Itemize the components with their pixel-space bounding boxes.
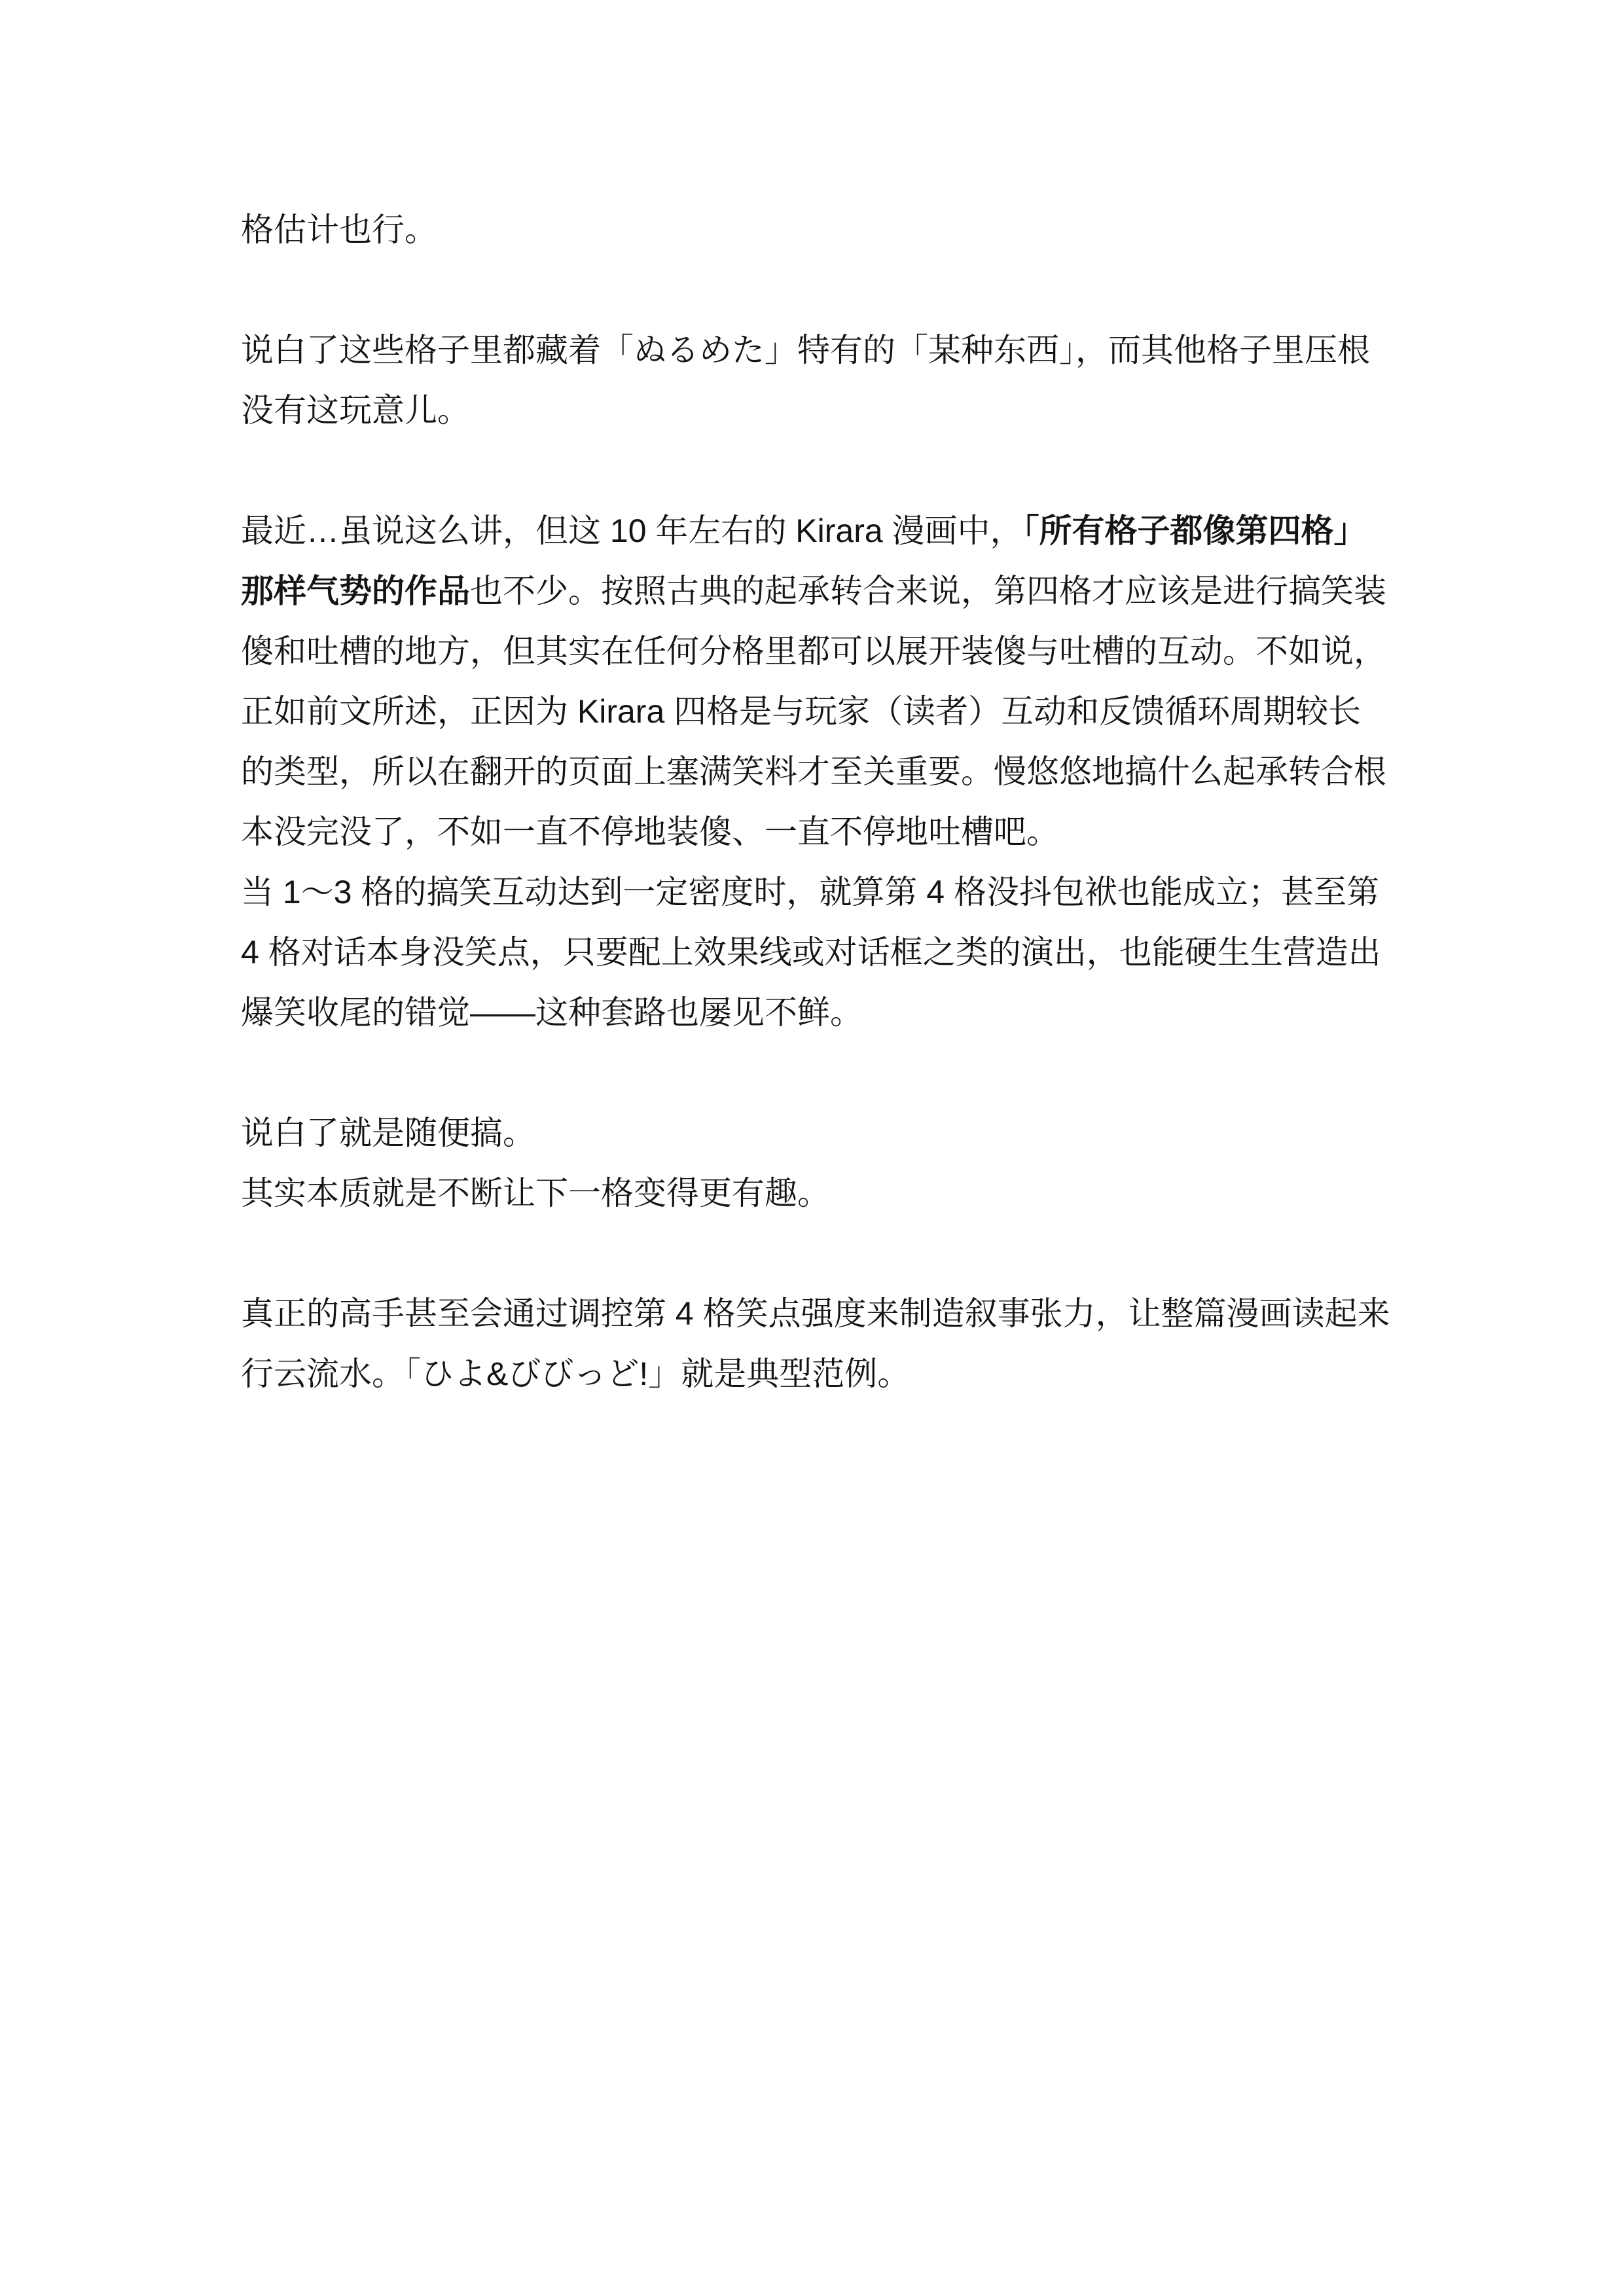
text-run: 说白了就是随便搞。 bbox=[241, 1115, 535, 1151]
text-line: 那样气势的作品也不少。按照古典的起承转合来说，第四格才应该是进行搞笑装 bbox=[241, 561, 1398, 621]
text-line: 说白了就是随便搞。 bbox=[241, 1103, 1398, 1163]
text-line: 正如前文所述，正因为 Kirara 四格是与玩家（读者）互动和反馈循环周期较长 bbox=[241, 681, 1398, 742]
text-run: 的类型，所以在翻开的页面上塞满笑料才至关重要。慢悠悠地搞什么起承转合根 bbox=[241, 753, 1386, 790]
text-line: 真正的高手甚至会通过调控第 4 格笑点强度来制造叙事张力，让整篇漫画读起来 bbox=[241, 1283, 1398, 1344]
text-run-bold: 那样气势的作品 bbox=[241, 573, 470, 609]
blank-line bbox=[241, 1223, 1398, 1283]
text-line: 的类型，所以在翻开的页面上塞满笑料才至关重要。慢悠悠地搞什么起承转合根 bbox=[241, 742, 1398, 802]
text-run: 傻和吐槽的地方，但其实在任何分格里都可以展开装傻与吐槽的互动。不如说， bbox=[241, 633, 1386, 670]
text-line: 行云流水。「ひよ&びびっど!」就是典型范例。 bbox=[241, 1344, 1398, 1404]
text-run: 4 格对话本身没笑点，只要配上效果线或对话框之类的演出，也能硬生生营造出 bbox=[241, 934, 1381, 971]
text-run: 说白了这些格子里都藏着「ぬるめた」特有的「某种东西」，而其他格子里压根 bbox=[241, 332, 1370, 368]
blank-line bbox=[241, 440, 1398, 501]
text-line: 傻和吐槽的地方，但其实在任何分格里都可以展开装傻与吐槽的互动。不如说， bbox=[241, 621, 1398, 681]
text-line: 格估计也行。 bbox=[241, 200, 1398, 260]
text-line: 最近…虽说这么讲，但这 10 年左右的 Kirara 漫画中，「所有格子都像第四… bbox=[241, 501, 1398, 561]
text-run: 当 1～3 格的搞笑互动达到一定密度时，就算第 4 格没抖包袱也能成立；甚至第 bbox=[241, 874, 1379, 910]
text-run: 其实本质就是不断让下一格变得更有趣。 bbox=[241, 1175, 830, 1211]
text-line: 本没完没了，不如一直不停地装傻、一直不停地吐槽吧。 bbox=[241, 802, 1398, 862]
document-page: 格估计也行。说白了这些格子里都藏着「ぬるめた」特有的「某种东西」，而其他格子里压… bbox=[0, 0, 1624, 2296]
text-run-bold: 「所有格子都像第四格」 bbox=[1023, 512, 1367, 549]
text-run: 真正的高手甚至会通过调控第 4 格笑点强度来制造叙事张力，让整篇漫画读起来 bbox=[241, 1295, 1390, 1332]
text-line: 当 1～3 格的搞笑互动达到一定密度时，就算第 4 格没抖包袱也能成立；甚至第 bbox=[241, 862, 1398, 922]
text-run: 最近…虽说这么讲，但这 10 年左右的 Kirara 漫画中， bbox=[241, 512, 1023, 549]
blank-line bbox=[241, 260, 1398, 320]
text-run: 正如前文所述，正因为 Kirara 四格是与玩家（读者）互动和反馈循环周期较长 bbox=[241, 693, 1361, 730]
text-line: 4 格对话本身没笑点，只要配上效果线或对话框之类的演出，也能硬生生营造出 bbox=[241, 922, 1398, 982]
text-run: 行云流水。「ひよ&びびっど!」就是典型范例。 bbox=[241, 1355, 910, 1392]
text-line: 其实本质就是不断让下一格变得更有趣。 bbox=[241, 1163, 1398, 1223]
text-line: 没有这玩意儿。 bbox=[241, 380, 1398, 440]
text-run: 本没完没了，不如一直不停地装傻、一直不停地吐槽吧。 bbox=[241, 814, 1059, 850]
text-line: 说白了这些格子里都藏着「ぬるめた」特有的「某种东西」，而其他格子里压根 bbox=[241, 320, 1398, 380]
text-line: 爆笑收尾的错觉——这种套路也屡见不鲜。 bbox=[241, 982, 1398, 1043]
text-run: 没有这玩意儿。 bbox=[241, 392, 470, 429]
text-run: 格估计也行。 bbox=[241, 211, 437, 248]
text-run: 爆笑收尾的错觉——这种套路也屡见不鲜。 bbox=[241, 994, 863, 1031]
text-run: 也不少。按照古典的起承转合来说，第四格才应该是进行搞笑装 bbox=[470, 573, 1386, 609]
blank-line bbox=[241, 1043, 1398, 1103]
text-column: 格估计也行。说白了这些格子里都藏着「ぬるめた」特有的「某种东西」，而其他格子里压… bbox=[241, 200, 1398, 1404]
